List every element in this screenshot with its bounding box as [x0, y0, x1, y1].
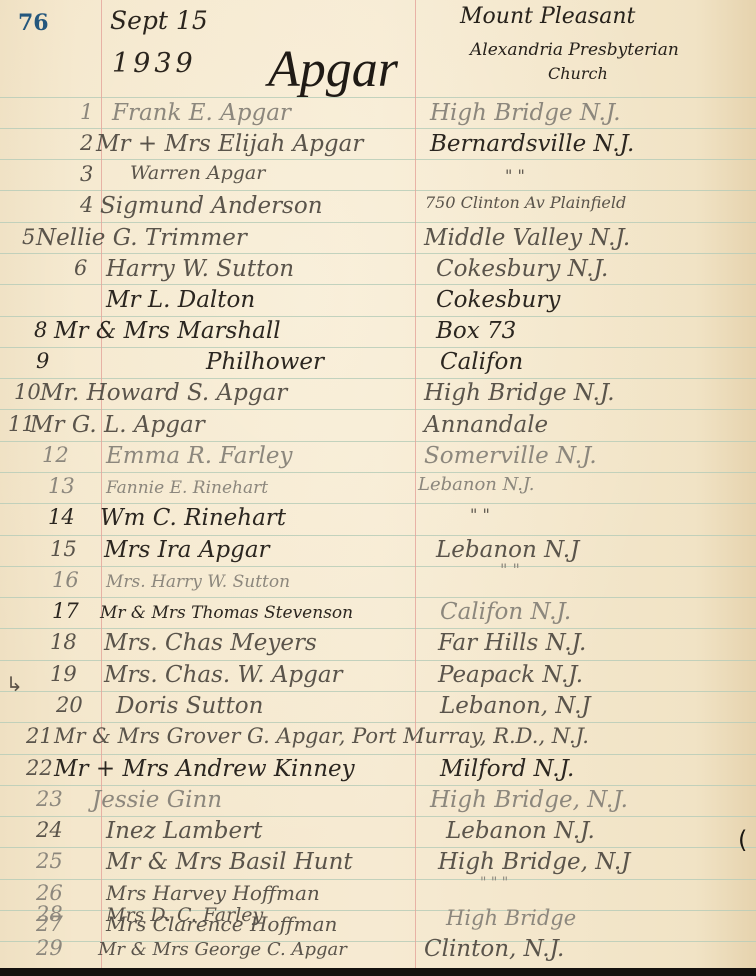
entry-number: 15: [50, 537, 77, 561]
entry-name: Inez Lambert: [106, 818, 262, 844]
entry-number: 10: [14, 380, 41, 404]
ledger-entry: 8 Mr & Mrs Marshall Box 73: [0, 318, 756, 349]
entry-number: 14: [48, 505, 75, 529]
entry-number: 23: [36, 787, 63, 811]
ledger-entry: 24 Inez Lambert Lebanon N.J.: [0, 818, 756, 849]
entry-number: 22: [26, 756, 53, 780]
entry-address: Annandale: [424, 412, 548, 438]
ledger-entry: 18 Mrs. Chas Meyers Far Hills N.J.: [0, 630, 756, 661]
location-line-1: Mount Pleasant: [460, 4, 635, 29]
entry-number: 5: [22, 225, 35, 249]
entry-address: Cokesbury: [436, 287, 560, 313]
entry-address: Middle Valley N.J.: [424, 225, 630, 251]
entry-name: Mr & Mrs Basil Hunt: [106, 849, 353, 875]
entry-name: Mr & Mrs Marshall: [54, 318, 281, 344]
ledger-entry: 13 Fannie E. Rinehart Lebanon N.J.: [0, 474, 756, 505]
ledger-entry: 1 Frank E. Apgar High Bridge N.J.: [0, 100, 756, 131]
entry-address: Box 73: [436, 318, 516, 344]
entry-address: " ": [500, 560, 520, 579]
ledger-entry: 21 Mr & Mrs Grover G. Apgar, Port Murray…: [0, 724, 756, 755]
entry-address: Lebanon, N.J: [440, 693, 591, 719]
entry-address: High Bridge, N.J: [438, 849, 630, 875]
entry-name: Warren Apgar: [130, 162, 265, 184]
ledger-entry: Mr L. Dalton Cokesbury: [0, 287, 756, 318]
entry-name: Mrs Ira Apgar: [104, 537, 270, 563]
entry-address: Clinton, N.J.: [424, 936, 564, 962]
ledger-entry: 15 Mrs Ira Apgar Lebanon N.J: [0, 537, 756, 568]
entry-number: 18: [50, 630, 77, 654]
entry-number: 24: [36, 818, 63, 842]
ledger-entry: 16 Mrs. Harry W. Sutton " ": [0, 568, 756, 599]
entry-year: 1939: [112, 48, 197, 79]
entry-name: Doris Sutton: [116, 693, 263, 719]
ledger-entry: 20 Doris Sutton Lebanon, N.J: [0, 693, 756, 724]
entry-name: Sigmund Anderson: [100, 193, 323, 219]
entry-date: Sept 15: [110, 6, 208, 35]
ledger-entry: 11 Mr G. L. Apgar Annandale: [0, 412, 756, 443]
entry-address: High Bridge, N.J.: [430, 787, 628, 813]
entry-address: Somerville N.J.: [424, 443, 597, 469]
entry-address: Cokesbury N.J.: [436, 256, 608, 282]
ledger-entry: 2 Mr + Mrs Elijah Apgar Bernardsville N.…: [0, 131, 756, 162]
ledger-entry: 4 Sigmund Anderson 750 Clinton Av Plainf…: [0, 193, 756, 224]
entry-name: Mr. Howard S. Apgar: [40, 380, 287, 406]
entry-address: Bernardsville N.J.: [430, 131, 634, 157]
entry-number: 1: [80, 100, 93, 124]
ledger-entry: 23 Jessie Ginn High Bridge, N.J.: [0, 787, 756, 818]
ledger-entry: 9 Philhower Califon: [0, 349, 756, 380]
ledger-entry: 19 Mrs. Chas. W. Apgar Peapack N.J.: [0, 662, 756, 693]
entry-number: 25: [36, 849, 63, 873]
ledger-page: 76 Sept 15 1939 Apgar Mount Pleasant Ale…: [0, 0, 756, 968]
ledger-entry: 28 Mrs D. C. Farley High Bridge: [0, 898, 756, 929]
entry-number: 13: [48, 474, 75, 498]
entry-address: Califon: [440, 349, 523, 375]
family-heading: Apgar: [268, 40, 398, 99]
entry-number: 21: [26, 724, 53, 748]
entry-number: 9: [36, 349, 49, 373]
entry-address: " " ": [480, 875, 508, 891]
entry-number: 6: [74, 256, 87, 280]
ledger-entry: 12 Emma R. Farley Somerville N.J.: [0, 443, 756, 474]
entry-address: Lebanon N.J.: [446, 818, 595, 844]
ledger-entry: 6 Harry W. Sutton Cokesbury N.J.: [0, 256, 756, 287]
entry-number: 17: [52, 599, 79, 623]
ledger-entry: 10 Mr. Howard S. Apgar High Bridge N.J.: [0, 380, 756, 411]
ledger-entry: 17 Mr & Mrs Thomas Stevenson Califon N.J…: [0, 599, 756, 630]
entry-name: Harry W. Sutton: [106, 256, 294, 282]
entry-address: High Bridge N.J.: [424, 380, 615, 406]
ledger-entry: 29 Mr & Mrs George C. Apgar Clinton, N.J…: [0, 936, 756, 967]
entry-number: 16: [52, 568, 79, 592]
entry-address: " ": [470, 505, 490, 524]
location-line-2: Alexandria Presbyterian: [470, 40, 679, 60]
location-line-3: Church: [548, 64, 608, 83]
entry-address: High Bridge: [446, 906, 576, 930]
entry-address: Peapack N.J.: [438, 662, 583, 688]
entry-name: Mr + Mrs Elijah Apgar: [96, 131, 363, 157]
entry-name: Mrs. Chas. W. Apgar: [104, 662, 343, 688]
ledger-entry: 14 Wm C. Rinehart " ": [0, 505, 756, 536]
entry-name: Fannie E. Rinehart: [106, 478, 268, 498]
entry-name: Mr L. Dalton: [106, 287, 255, 313]
page-number: 76: [18, 10, 49, 36]
edge-mark: (: [738, 826, 747, 854]
entry-number: 19: [50, 662, 77, 686]
entry-name: Jessie Ginn: [92, 787, 222, 813]
entry-number: 3: [80, 162, 93, 186]
entry-address: Milford N.J.: [440, 756, 574, 782]
entry-address: High Bridge N.J.: [430, 100, 621, 126]
entry-address: " ": [505, 166, 525, 185]
entry-number: 28: [36, 902, 63, 926]
entry-number: 8: [34, 318, 47, 342]
entry-name: Mr & Mrs Grover G. Apgar, Port Murray, R…: [54, 724, 589, 748]
entry-number: 12: [42, 443, 69, 467]
entry-name: Mrs D. C. Farley: [106, 904, 263, 926]
entry-name: Emma R. Farley: [106, 443, 292, 469]
entry-name: Mrs. Chas Meyers: [104, 630, 317, 656]
entry-number: 2: [80, 131, 93, 155]
entry-address: Califon N.J.: [440, 599, 571, 625]
scan-bottom-edge: [0, 968, 756, 976]
entry-name: Mr & Mrs Thomas Stevenson: [100, 603, 353, 623]
ledger-entry: 5 Nellie G. Trimmer Middle Valley N.J.: [0, 225, 756, 256]
entry-address: Lebanon N.J.: [418, 474, 534, 495]
entry-name: Wm C. Rinehart: [100, 505, 286, 531]
entry-name: Mr + Mrs Andrew Kinney: [54, 756, 355, 782]
entry-name: Nellie G. Trimmer: [36, 225, 247, 251]
entry-address: 750 Clinton Av Plainfield: [425, 193, 626, 212]
ledger-entry: 3 Warren Apgar " ": [0, 162, 756, 193]
entry-name: Frank E. Apgar: [112, 100, 291, 126]
ledger-entry: 22 Mr + Mrs Andrew Kinney Milford N.J.: [0, 756, 756, 787]
entry-name: Mr G. L. Apgar: [30, 412, 205, 438]
entry-number: 20: [56, 693, 83, 717]
entry-name: Mr & Mrs George C. Apgar: [98, 939, 347, 960]
ledger-entry: 25 Mr & Mrs Basil Hunt High Bridge, N.J: [0, 849, 756, 880]
margin-arrow-mark: ↳: [6, 672, 23, 697]
entry-name: Mrs. Harry W. Sutton: [106, 572, 290, 592]
entry-address: Far Hills N.J.: [438, 630, 586, 656]
entry-number: 4: [80, 193, 93, 217]
entry-number: 29: [36, 936, 63, 960]
entry-name: Philhower: [206, 349, 324, 375]
